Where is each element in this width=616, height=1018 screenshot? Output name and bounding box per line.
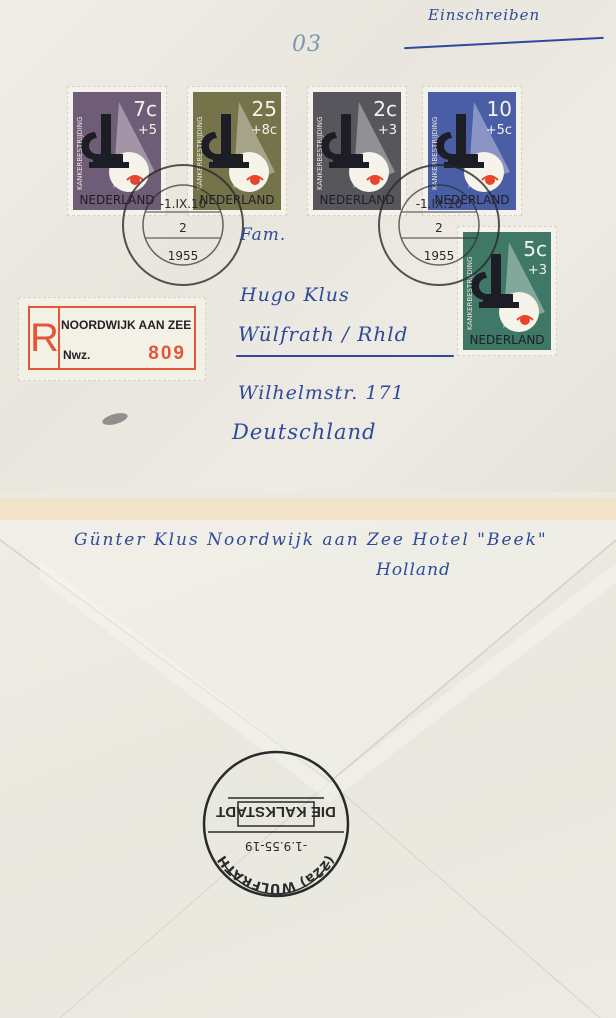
registration-abbreviation: Nwz.	[63, 348, 90, 362]
svg-text:+3: +3	[378, 123, 397, 138]
ink-smudge	[101, 411, 129, 427]
svg-text:7c: 7c	[133, 97, 157, 121]
envelope-front: 03 Einschreiben 7c+5NEDERLANDKANKERBESTR…	[0, 0, 616, 492]
svg-text:2c: 2c	[373, 97, 397, 121]
routing-note: Einschreiben	[428, 6, 540, 24]
address-street: Wilhelmstr. 171	[238, 382, 405, 404]
registration-number: 809	[148, 343, 186, 365]
svg-text:-1.IX.10: -1.IX.10	[416, 197, 463, 211]
svg-text:DIE KALKSTADT: DIE KALKSTADT	[216, 803, 336, 820]
svg-text:-1.IX.10: -1.IX.10	[160, 197, 207, 211]
svg-text:+5: +5	[138, 123, 157, 138]
svg-text:KANKERBESTRIJDING: KANKERBESTRIJDING	[316, 117, 324, 190]
svg-text:25: 25	[252, 97, 277, 121]
address-salutation: Fam.	[240, 225, 286, 245]
registration-label: R NOORDWIJK AAN ZEE Nwz. 809	[18, 297, 206, 381]
registration-letter: R	[30, 308, 60, 368]
registration-office: NOORDWIJK AAN ZEE	[61, 318, 191, 332]
svg-text:-1.9.55-19: -1.9.55-19	[245, 839, 307, 853]
svg-text:NEDERLAND: NEDERLAND	[469, 333, 544, 347]
svg-text:2: 2	[435, 221, 443, 235]
address-city: Wülfrath / Rhld	[238, 322, 408, 346]
svg-text:1955: 1955	[424, 249, 455, 263]
registration-label-frame: R NOORDWIJK AAN ZEE Nwz. 809	[28, 306, 196, 370]
pencil-note: 03	[292, 32, 322, 57]
postmark-noordwijk-left: -1.IX.10 2 1955	[118, 160, 248, 290]
postmark-noordwijk-right: -1.IX.10 2 1955	[374, 160, 504, 290]
svg-text:+8c: +8c	[251, 123, 277, 138]
svg-text:+5c: +5c	[486, 123, 512, 138]
routing-underline	[404, 37, 604, 49]
sender-line: Günter Klus Noordwijk aan Zee Hotel "Bee…	[74, 530, 548, 550]
svg-text:2: 2	[179, 221, 187, 235]
postmark-wulfrath: DIE KALKSTADT -1.9.55-19 (22a) WÜLFRATH	[198, 746, 354, 902]
address-city-underline	[236, 355, 454, 357]
svg-text:(22a) WÜLFRATH: (22a) WÜLFRATH	[215, 852, 337, 896]
svg-text:5c: 5c	[523, 237, 547, 261]
address-country: Deutschland	[232, 420, 377, 444]
svg-text:10: 10	[487, 97, 512, 121]
svg-text:KANKERBESTRIJDING: KANKERBESTRIJDING	[76, 117, 84, 190]
address-name: Hugo Klus	[240, 284, 350, 306]
image-divider	[0, 498, 616, 520]
svg-text:+3: +3	[528, 263, 547, 278]
envelope-back: Günter Klus Noordwijk aan Zee Hotel "Bee…	[0, 520, 616, 1018]
svg-text:1955: 1955	[168, 249, 199, 263]
sender-country: Holland	[376, 560, 451, 580]
